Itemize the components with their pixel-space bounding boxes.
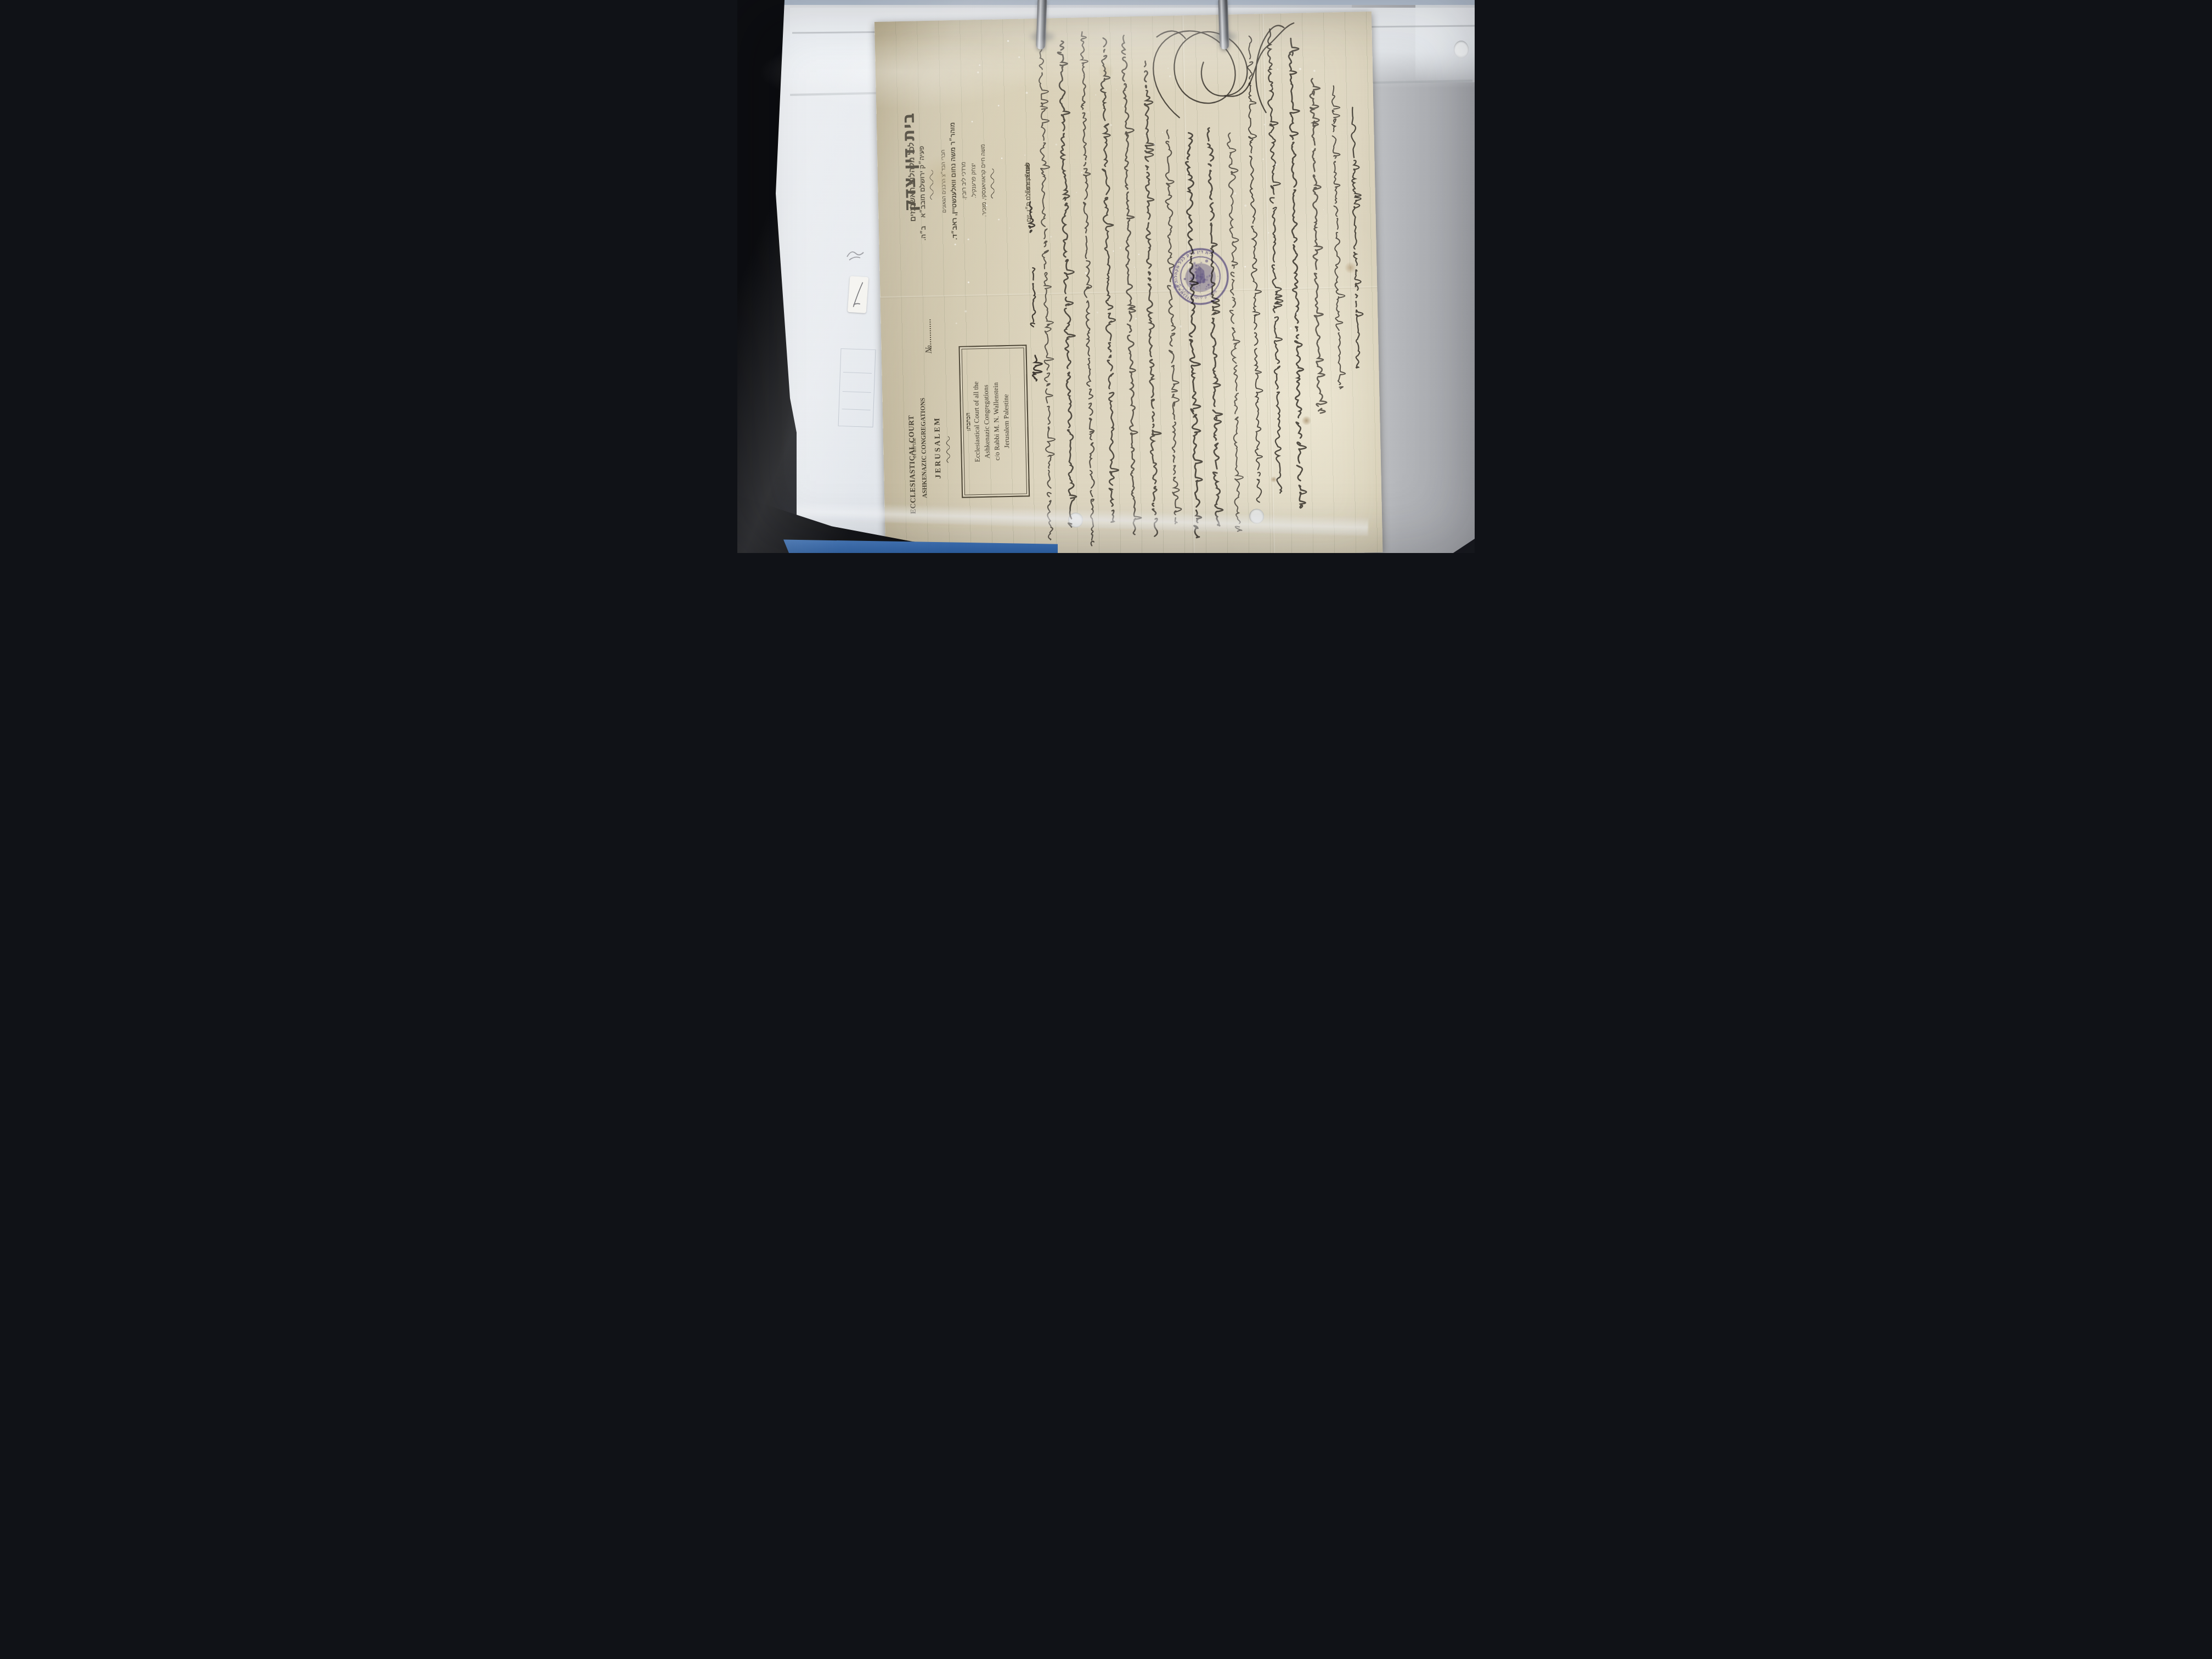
sticker-tab: [848, 276, 869, 313]
binder-top-edge: [781, 0, 1475, 5]
handwritten-text-cursive: [874, 12, 1383, 553]
court-rubber-stamp: בית דין צדק לכל מקהלות האשכנזים פעיה״ק י…: [1168, 244, 1233, 309]
document-paper: ב״ה. בית דין צדק לכל מקהלות האשכנזים פעי…: [874, 12, 1383, 553]
binder-ring-icon: [1218, 0, 1229, 49]
document-upright-content: ב״ה. בית דין צדק לכל מקהלות האשכנזים פעי…: [874, 12, 1383, 553]
binder-photo: ב״ה. בית דין צדק לכל מקהלות האשכנזים פעי…: [737, 0, 1475, 553]
backing-smudge-mark: [845, 244, 867, 262]
binder-ring-icon: [1036, 0, 1047, 49]
pen-mark: [848, 276, 869, 313]
sleeve-hole: [1454, 41, 1469, 58]
backing-sheet-printed-box: [838, 348, 876, 427]
